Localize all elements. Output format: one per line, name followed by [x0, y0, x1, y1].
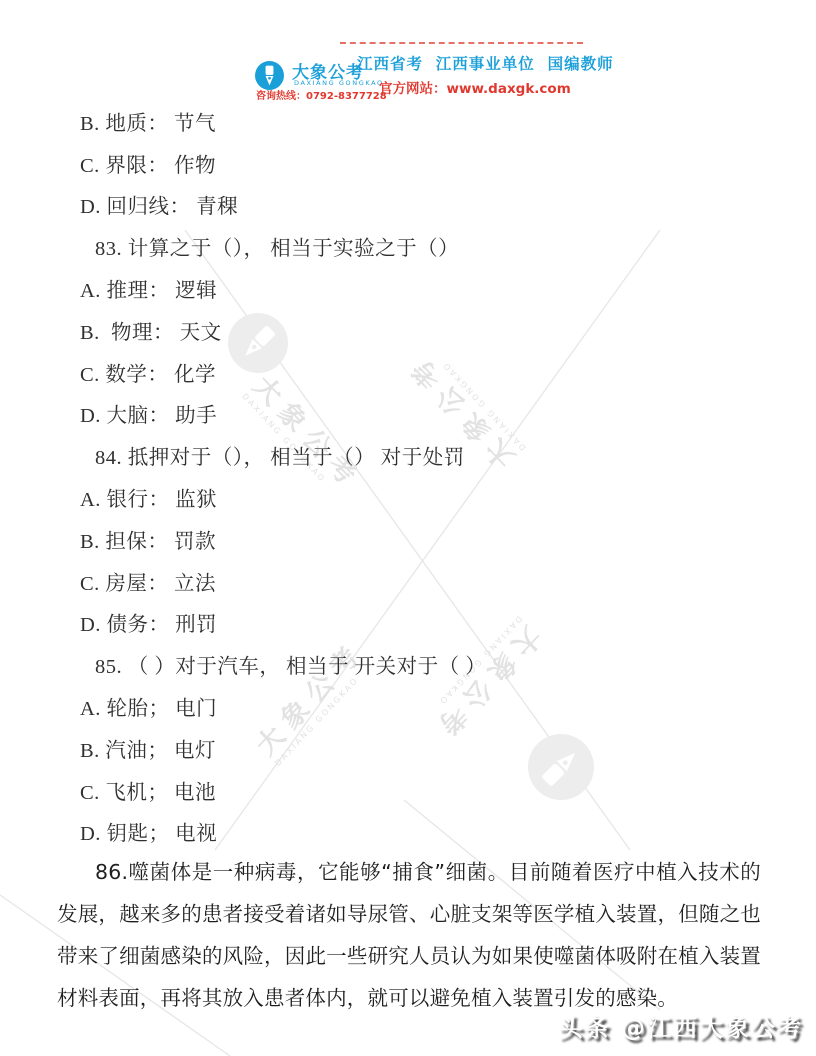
- option-line: C. 界限： 作物: [57, 142, 761, 184]
- option-line: C. 飞机； 电池: [57, 769, 761, 811]
- option-line: A. 银行： 监狱: [57, 476, 761, 518]
- question-stem: 85. （ ）对于汽车， 相当于 开关对于（ ）: [57, 643, 761, 685]
- red-dashed-rule: [340, 42, 583, 44]
- option-line: A. 轮胎； 电门: [57, 685, 761, 727]
- option-line: C. 数学： 化学: [57, 351, 761, 393]
- option-line: D. 大脑： 助手: [57, 393, 761, 435]
- option-line: D. 回归线： 青稞: [57, 184, 761, 226]
- brand-subtitle: DAXIANG GONGKAO: [294, 79, 384, 87]
- option-line: B. 担保： 罚款: [57, 518, 761, 560]
- question-stem: 83. 计算之于（）， 相当于实验之于（）: [57, 225, 761, 267]
- website-text: 官方网站：www.daxgk.com: [379, 77, 571, 97]
- option-line: A. 推理： 逻辑: [57, 267, 761, 309]
- option-line: B. 汽油； 电灯: [57, 727, 761, 769]
- option-line: B. 地质： 节气: [57, 100, 761, 142]
- question-paragraph: 86.噬菌体是一种病毒，它能够“捕食”细菌。目前随着医疗中植入技术的发展，越来多…: [57, 852, 761, 1019]
- exam-content: B. 地质： 节气 C. 界限： 作物 D. 回归线： 青稞 83. 计算之于（…: [57, 100, 761, 1020]
- option-line: D. 债务： 刑罚: [57, 602, 761, 644]
- exam-page: 大象公考 DAXIANG GONGKAO 大象公考 DAXIANG GONGKA…: [0, 0, 816, 1056]
- option-line: D. 钥匙； 电视: [57, 811, 761, 853]
- footer-credit: 头条 @江西大象公考: [559, 1008, 803, 1043]
- option-line: B. 物理： 天文: [57, 309, 761, 351]
- question-stem: 84. 抵押对于（）， 相当于（） 对于处罚: [57, 434, 761, 476]
- pen-nib-logo-icon: [255, 61, 284, 90]
- option-line: C. 房屋： 立法: [57, 560, 761, 602]
- services-text: 江西省考 江西事业单位 国编教师: [357, 52, 614, 74]
